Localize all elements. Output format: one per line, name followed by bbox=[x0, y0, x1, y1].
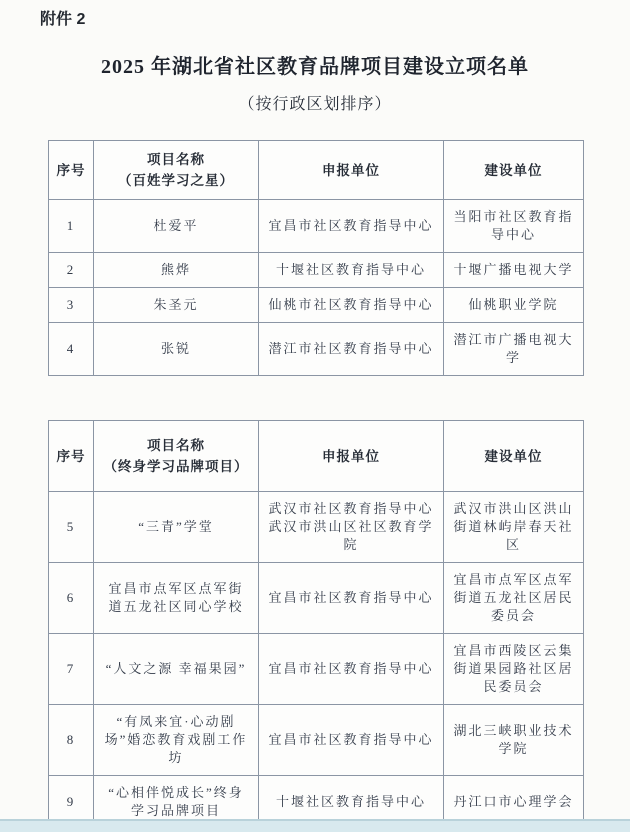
cell-applicant-unit: 宜昌市社区教育指导中心 bbox=[259, 634, 444, 705]
table2-header-row: 序号 项目名称 （终身学习品牌项目） 申报单位 建设单位 bbox=[49, 421, 584, 492]
table-row: 1 杜爱平 宜昌市社区教育指导中心 当阳市社区教育指导中心 bbox=[49, 200, 584, 253]
cell-seq: 8 bbox=[49, 705, 94, 776]
cell-project-name: 杜爱平 bbox=[94, 200, 259, 253]
cell-project-name: 宜昌市点军区点军街道五龙社区同心学校 bbox=[94, 563, 259, 634]
cell-applicant-unit: 十堰社区教育指导中心 bbox=[259, 253, 444, 288]
header-seq: 序号 bbox=[49, 421, 94, 492]
cell-seq: 4 bbox=[49, 323, 94, 376]
cell-project-name: 熊烨 bbox=[94, 253, 259, 288]
cell-seq: 6 bbox=[49, 563, 94, 634]
table-citizen-learning-stars: 序号 项目名称 （百姓学习之星） 申报单位 建设单位 1 杜爱平 宜昌市社区教育… bbox=[48, 140, 584, 376]
cell-project-name: 朱圣元 bbox=[94, 288, 259, 323]
table-row: 8 “有凤来宜·心动剧场”婚恋教育戏剧工作坊 宜昌市社区教育指导中心 湖北三峡职… bbox=[49, 705, 584, 776]
table-row: 5 “三青”学堂 武汉市社区教育指导中心 武汉市洪山区社区教育学院 武汉市洪山区… bbox=[49, 492, 584, 563]
cell-construction-unit: 武汉市洪山区洪山街道林屿岸春天社区 bbox=[444, 492, 584, 563]
header-construction-unit: 建设单位 bbox=[444, 421, 584, 492]
cell-construction-unit: 宜昌市西陵区云集街道果园路社区居民委员会 bbox=[444, 634, 584, 705]
table-row: 2 熊烨 十堰社区教育指导中心 十堰广播电视大学 bbox=[49, 253, 584, 288]
header-seq: 序号 bbox=[49, 141, 94, 200]
header-applicant-unit: 申报单位 bbox=[259, 421, 444, 492]
cell-project-name: “人文之源 幸福果园” bbox=[94, 634, 259, 705]
document-page: 附件 2 2025 年湖北省社区教育品牌项目建设立项名单 （按行政区划排序） 序… bbox=[0, 0, 630, 829]
table-lifelong-learning-brand-projects: 序号 项目名称 （终身学习品牌项目） 申报单位 建设单位 5 “三青”学堂 武汉… bbox=[48, 420, 584, 829]
cell-applicant-unit: 宜昌市社区教育指导中心 bbox=[259, 200, 444, 253]
cell-construction-unit: 潜江市广播电视大学 bbox=[444, 323, 584, 376]
cell-applicant-unit: 宜昌市社区教育指导中心 bbox=[259, 705, 444, 776]
page-subtitle: （按行政区划排序） bbox=[0, 94, 630, 116]
table-row: 3 朱圣元 仙桃市社区教育指导中心 仙桃职业学院 bbox=[49, 288, 584, 323]
table-row: 7 “人文之源 幸福果园” 宜昌市社区教育指导中心 宜昌市西陵区云集街道果园路社… bbox=[49, 634, 584, 705]
cell-applicant-unit: 武汉市社区教育指导中心 武汉市洪山区社区教育学院 bbox=[259, 492, 444, 563]
page-title: 2025 年湖北省社区教育品牌项目建设立项名单 bbox=[30, 52, 600, 82]
table-row: 6 宜昌市点军区点军街道五龙社区同心学校 宜昌市社区教育指导中心 宜昌市点军区点… bbox=[49, 563, 584, 634]
cell-construction-unit: 十堰广播电视大学 bbox=[444, 253, 584, 288]
cell-construction-unit: 仙桃职业学院 bbox=[444, 288, 584, 323]
table-row: 4 张锐 潜江市社区教育指导中心 潜江市广播电视大学 bbox=[49, 323, 584, 376]
cell-construction-unit: 宜昌市点军区点军街道五龙社区居民委员会 bbox=[444, 563, 584, 634]
table1-header-row: 序号 项目名称 （百姓学习之星） 申报单位 建设单位 bbox=[49, 141, 584, 200]
cell-construction-unit: 湖北三峡职业技术学院 bbox=[444, 705, 584, 776]
cell-applicant-unit: 仙桃市社区教育指导中心 bbox=[259, 288, 444, 323]
cell-seq: 1 bbox=[49, 200, 94, 253]
cell-seq: 2 bbox=[49, 253, 94, 288]
header-applicant-unit: 申报单位 bbox=[259, 141, 444, 200]
cell-applicant-unit: 潜江市社区教育指导中心 bbox=[259, 323, 444, 376]
header-construction-unit: 建设单位 bbox=[444, 141, 584, 200]
cell-seq: 7 bbox=[49, 634, 94, 705]
cell-seq: 5 bbox=[49, 492, 94, 563]
attachment-label: 附件 2 bbox=[40, 10, 630, 30]
cell-seq: 3 bbox=[49, 288, 94, 323]
cell-project-name: “三青”学堂 bbox=[94, 492, 259, 563]
cell-construction-unit: 当阳市社区教育指导中心 bbox=[444, 200, 584, 253]
next-page-edge-strip bbox=[0, 819, 630, 832]
cell-applicant-unit: 宜昌市社区教育指导中心 bbox=[259, 563, 444, 634]
header-project-name: 项目名称 （百姓学习之星） bbox=[94, 141, 259, 200]
header-project-name: 项目名称 （终身学习品牌项目） bbox=[94, 421, 259, 492]
cell-project-name: 张锐 bbox=[94, 323, 259, 376]
cell-project-name: “有凤来宜·心动剧场”婚恋教育戏剧工作坊 bbox=[94, 705, 259, 776]
